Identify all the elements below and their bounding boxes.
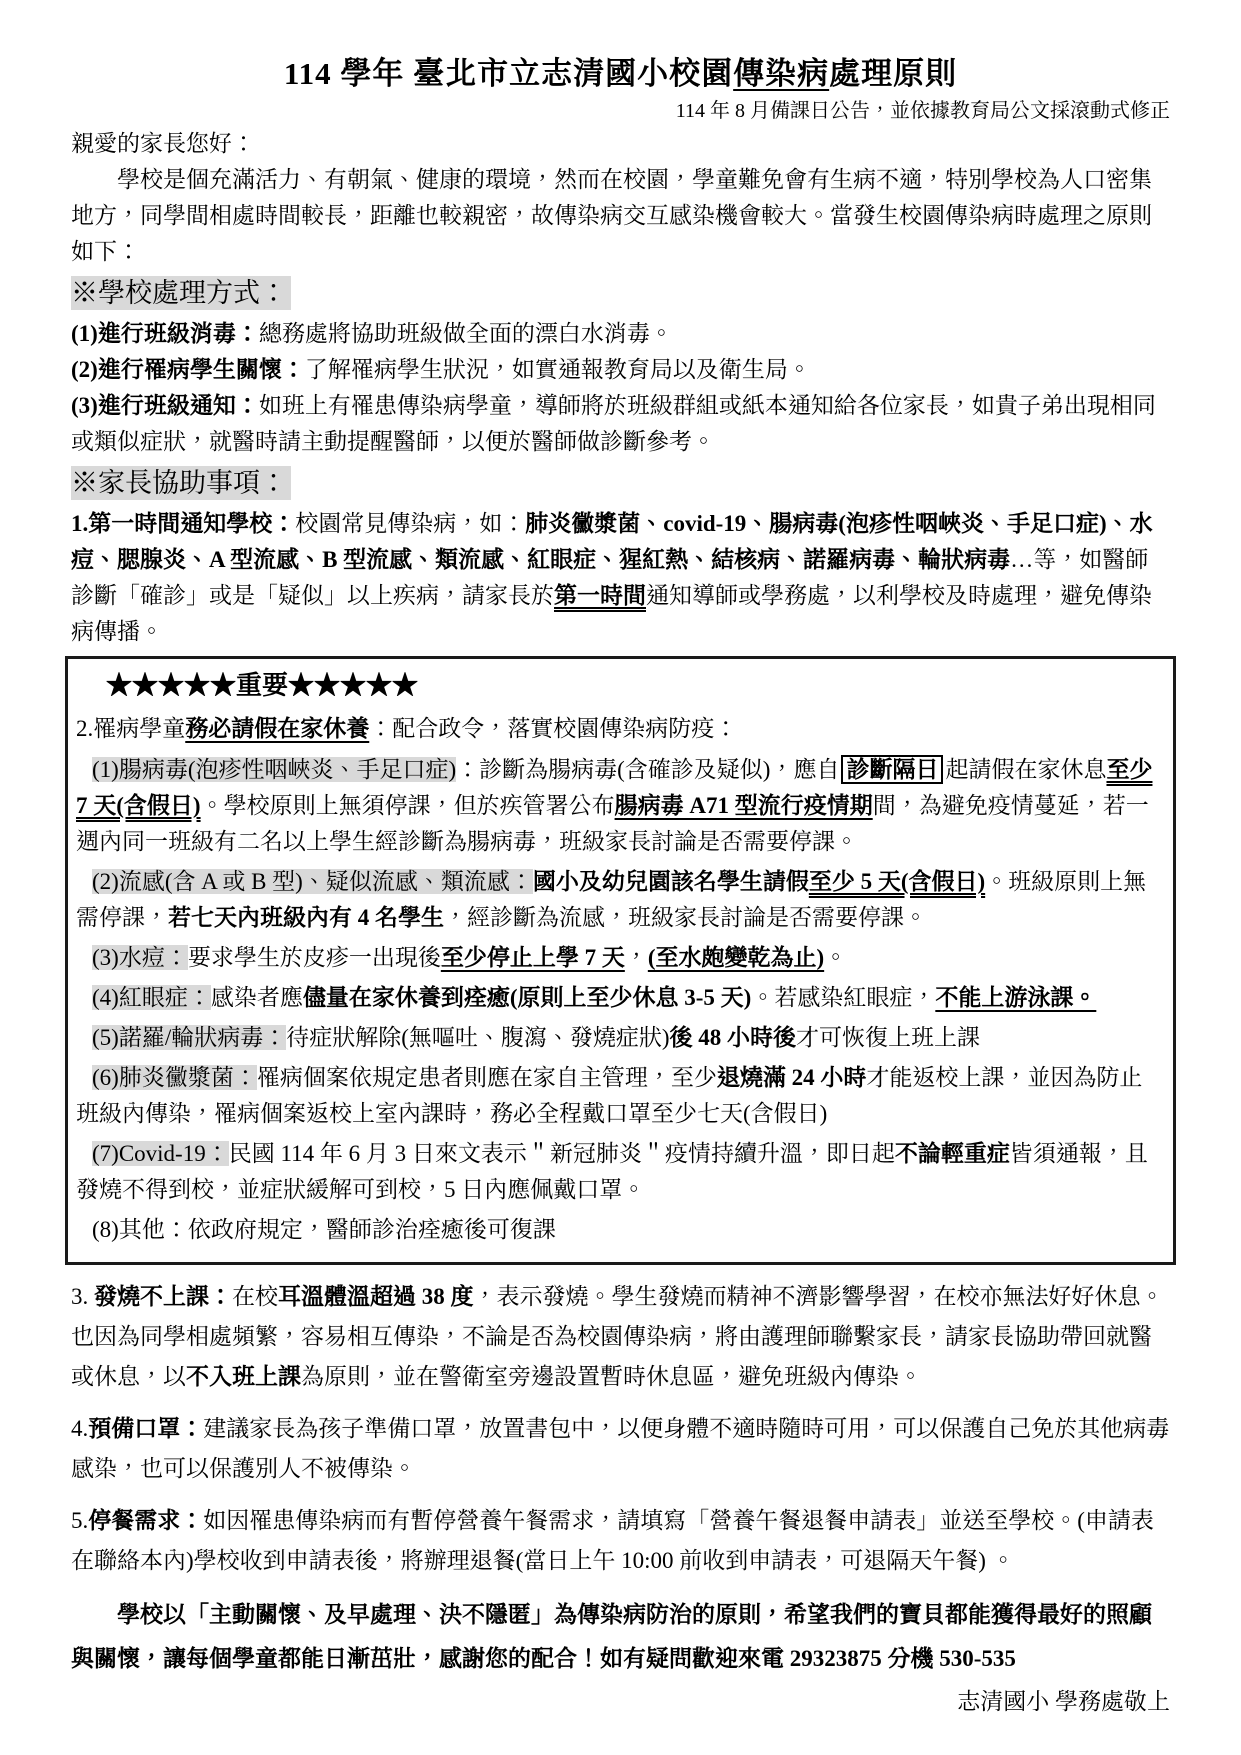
item-notify-school: 1.第一時間通知學校：校園常見傳染病，如：肺炎黴漿菌、covid-19、腸病毒(…	[71, 506, 1170, 650]
important-stars: ★★★★★重要★★★★★	[76, 665, 1165, 707]
important-box: ★★★★★重要★★★★★ 2.罹病學童務必請假在家休養：配合政令，落實校園傳染病…	[65, 656, 1176, 1265]
page-title: 114 學年 臺北市立志清國小校園傳染病處理原則	[71, 52, 1170, 96]
rule-influenza: (2)流感(含 A 或 B 型)、疑似流感、類流感：國小及幼兒園該名學生請假至少…	[76, 864, 1165, 936]
rule-enterovirus: (1)腸病毒(泡疹性咽峽炎、手足口症)：診斷為腸病毒(含確診及疑似)，應自診斷隔…	[76, 752, 1165, 860]
rule-chickenpox: (3)水痘：要求學生於皮疹一出現後至少停止上學 7 天，(至水皰變乾為止)。	[76, 940, 1165, 976]
section-heading-parent-assist: ※家長協助事項：	[71, 460, 1170, 506]
rule-conjunctivitis: (4)紅眼症：感染者應儘量在家休養到痊癒(原則上至少休息 3-5 天)。若感染紅…	[76, 980, 1165, 1016]
mask-prep-paragraph: 4.預備口罩：建議家長為孩子準備口罩，放置書包中，以便身體不適時隨時可用，可以保…	[71, 1409, 1170, 1489]
meal-stop-paragraph: 5.停餐需求：如因罹患傳染病而有暫停營養午餐需求，請填寫「營養午餐退餐申請表」並…	[71, 1501, 1170, 1581]
signature: 志清國小 學務處敬上	[71, 1685, 1170, 1719]
fever-rule-paragraph: 3. 發燒不上課：在校耳溫體溫超過 38 度，表示發燒。學生發燒而精神不濟影響學…	[71, 1277, 1170, 1397]
rule-covid19: (7)Covid-19：民國 114 年 6 月 3 日來文表示＂新冠肺炎＂疫情…	[76, 1136, 1165, 1208]
section-heading-parent-assist-label: ※家長協助事項：	[71, 466, 291, 500]
greeting: 親愛的家長您好：	[71, 126, 1170, 162]
closing-paragraph: 學校以「主動關懷、及早處理、決不隱匿」為傳染病防治的原則，希望我們的寶貝都能獲得…	[71, 1593, 1170, 1681]
rule-other: (8)其他：依政府規定，醫師診治痊癒後可復課	[76, 1212, 1165, 1248]
section-heading-school-actions: ※學校處理方式：	[71, 270, 1170, 316]
rule-norovirus-rotavirus: (5)諾羅/輪狀病毒：待症狀解除(無嘔吐、腹瀉、發燒症狀)後 48 小時後才可恢…	[76, 1020, 1165, 1056]
school-action-item-care: (2)進行罹病學生關懷：了解罹病學生狀況，如實通報教育局以及衛生局。	[71, 352, 1170, 388]
section-heading-school-actions-label: ※學校處理方式：	[71, 276, 291, 310]
school-action-item-notify: (3)進行班級通知：如班上有罹患傳染病學童，導師將於班級群組或紙本通知給各位家長…	[71, 388, 1170, 460]
publish-note: 114 年 8 月備課日公告，並依據教育局公文採滾動式修正	[71, 96, 1170, 126]
rule-mycoplasma: (6)肺炎黴漿菌：罹病個案依規定患者則應在家自主管理，至少退燒滿 24 小時才能…	[76, 1060, 1165, 1132]
school-action-item-disinfect: (1)進行班級消毒：總務處將協助班級做全面的漂白水消毒。	[71, 316, 1170, 352]
rest-at-home-heading: 2.罹病學童務必請假在家休養：配合政令，落實校園傳染病防疫：	[76, 710, 1165, 748]
intro-paragraph: 學校是個充滿活力、有朝氣、健康的環境，然而在校園，學童難免會有生病不適，特別學校…	[71, 162, 1170, 270]
document-page: 114 學年 臺北市立志清國小校園傳染病處理原則 114 年 8 月備課日公告，…	[0, 0, 1241, 1755]
